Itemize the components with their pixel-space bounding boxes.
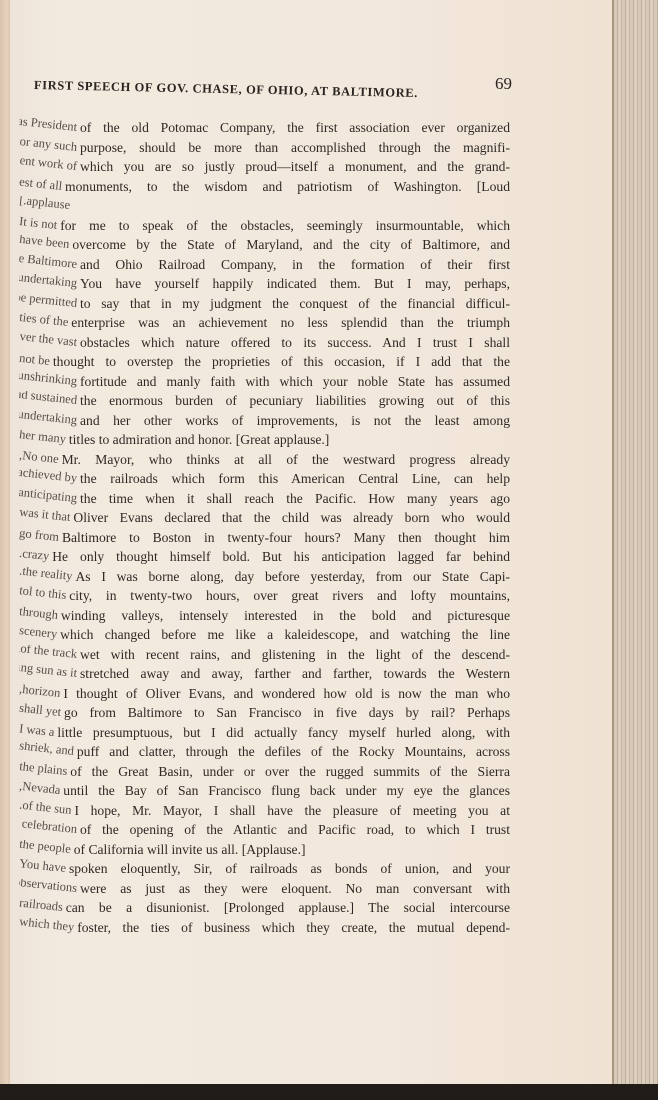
gutter-fragment: as President [18, 118, 78, 138]
line-text: You have yourself happily indicated them… [80, 276, 510, 291]
text-line: have beenovercome by the State of Maryla… [10, 235, 510, 255]
text-line: the plainsof the Great Basin, under or o… [10, 762, 510, 782]
line-text: winding valleys, intensely interested in… [61, 608, 510, 623]
line-text: purpose, should be more than accomplishe… [80, 140, 510, 155]
line-text: go from Baltimore to San Francisco in fi… [64, 705, 510, 720]
text-line: crazy.He only thought himself bold. But … [10, 547, 510, 567]
gutter-fragment: and sustained [18, 391, 78, 411]
text-line: shriek, andpuff and clatter, through the… [10, 742, 510, 762]
text-line: great undertakingand her other works of … [10, 411, 510, 431]
gutter-fragment: through [18, 606, 59, 626]
gutter-fragment: her many [18, 430, 67, 450]
text-line: was it thatOliver Evans declared that th… [10, 508, 510, 528]
line-text: titles to admiration and honor. [Great a… [69, 432, 329, 447]
text-line: the reality.As I was borne along, day be… [10, 567, 510, 587]
gutter-fragment: Nevada, [18, 781, 61, 801]
line-text: stretched away and away, farther and far… [80, 666, 510, 681]
gutter-fragment: horizon, [18, 684, 61, 704]
line-text: to say that in my judgment the conquest … [80, 296, 510, 311]
text-line: achieved bythe railroads which form this… [10, 469, 510, 489]
text-line: horizon,I thought of Oliver Evans, and w… [10, 684, 510, 704]
gutter-fragment: No one, [18, 450, 59, 470]
gutter-fragment: unshrinking [18, 372, 78, 392]
text-line: unshrinkingfortitude and manly faith wit… [10, 372, 510, 392]
gutter-fragment: be permitted [18, 294, 78, 314]
gutter-fragment: have been [18, 235, 70, 255]
line-text: until the Bay of San Francisco flung bac… [63, 783, 510, 798]
gutter-fragment: shall yet [18, 703, 62, 723]
gutter-fragment: I was a [18, 723, 55, 743]
text-line: Nevada,until the Bay of San Francisco fl… [10, 781, 510, 801]
line-text: the railroads which form this American C… [80, 471, 510, 486]
line-text: I hope, Mr. Mayor, I shall have the plea… [74, 803, 510, 818]
line-text: He only thought himself bold. But his an… [52, 549, 510, 564]
text-line: anticipatingthe time when it shall reach… [10, 489, 510, 509]
gutter-fragment: the Baltimore [18, 255, 78, 275]
line-text: obstacles which nature offered to its su… [80, 335, 510, 350]
gutter-fragment: tol to this [18, 586, 67, 606]
text-line: throughwinding valleys, intensely intere… [10, 606, 510, 626]
text-line: I was alittle presumptuous, but I did ac… [10, 723, 510, 743]
text-line: her manytitles to admiration and honor. … [10, 430, 510, 450]
gutter-fragment: undertaking. [18, 274, 78, 294]
gutter-fragment: great undertaking [18, 411, 78, 431]
line-text: I thought of Oliver Evans, and wondered … [63, 686, 510, 701]
line-text: Mr. Mayor, who thinks at all of the west… [62, 452, 510, 467]
text-line: ties of theenterprise was an achievement… [10, 313, 510, 333]
line-text: for me to speak of the obstacles, seemin… [60, 218, 510, 233]
text-line: cent work ofwhich you are so justly prou… [10, 157, 510, 177]
line-text: and her other works of improvements, is … [80, 413, 510, 428]
line-text: foster, the ties of business which they … [77, 920, 510, 935]
text-line: shall yetgo from Baltimore to San Franci… [10, 703, 510, 723]
gutter-fragment: observations [18, 879, 78, 899]
text-line: est of allmonuments, to the wisdom and p… [10, 177, 510, 197]
text-line: go fromBaltimore to Boston in twenty-fou… [10, 528, 510, 548]
line-text: of the Great Basin, under or over the ru… [70, 764, 510, 779]
gutter-fragment: est of all [18, 177, 63, 197]
line-text: monuments, to the wisdom and patriotism … [65, 179, 510, 194]
line-text: which changed before me like a kaleidesc… [60, 627, 510, 642]
body-text: as Presidentof the old Potomac Company, … [10, 118, 510, 937]
text-line: of the sun.I hope, Mr. Mayor, I shall ha… [10, 801, 510, 821]
text-line: railroadscan be a disunionist. [Prolonge… [10, 898, 510, 918]
line-text: little presumptuous, but I did actually … [57, 725, 510, 740]
gutter-fragment: the plains [18, 762, 68, 782]
line-text: were as just as they were eloquent. No m… [80, 881, 510, 896]
text-line: not bethought to overstep the proprietie… [10, 352, 510, 372]
text-line: You havespoken eloquently, Sir, of railr… [10, 859, 510, 879]
line-text: of California will invite us all. [Appla… [74, 842, 306, 857]
gutter-fragment: railroads [18, 898, 64, 918]
gutter-fragment: cent work of [18, 157, 78, 177]
page-number: 69 [495, 74, 512, 94]
text-line: the Baltimoreand Ohio Railroad Company, … [10, 255, 510, 275]
text-line: of the track,wet with recent rains, and … [10, 645, 510, 665]
gutter-fragment: applause.] [18, 196, 71, 216]
text-line: over the vastobstacles which nature offe… [10, 333, 510, 353]
text-line: tol to thiscity, in twenty-two hours, ov… [10, 586, 510, 606]
gutter-fragment: of the track, [18, 645, 78, 665]
text-line: be permittedto say that in my judgment t… [10, 294, 510, 314]
gutter-fragment: not be [18, 352, 51, 372]
text-line: the peopleof California will invite us a… [10, 840, 510, 860]
line-text: of the opening of the Atlantic and Pacif… [80, 822, 510, 837]
gutter-fragment: It is not [18, 216, 58, 236]
text-line: and sustainedthe enormous burden of pecu… [10, 391, 510, 411]
line-text: city, in twenty-two hours, over great ri… [69, 588, 510, 603]
gutter-fragment: the people [18, 840, 71, 860]
gutter-fragment: was it that [18, 508, 71, 528]
gutter-fragment: You have [18, 859, 67, 879]
line-text: and Ohio Railroad Company, in the format… [80, 257, 510, 272]
text-line: applause.] [10, 196, 510, 216]
line-text: As I was borne along, day before yesterd… [75, 569, 510, 584]
text-line: the celebrationof the opening of the Atl… [10, 820, 510, 840]
gutter-fragment: shriek, and [18, 742, 75, 762]
line-text: can be a disunionist. [Prolonged applaus… [66, 900, 510, 915]
line-text: Baltimore to Boston in twenty-four hours… [62, 530, 510, 545]
line-text: thought to overstep the proprieties of t… [53, 354, 510, 369]
line-text: puff and clatter, through the defiles of… [77, 744, 510, 759]
line-text: Oliver Evans declared that the child was… [73, 510, 510, 525]
gutter-fragment: ties of the [18, 313, 69, 333]
text-line: as Presidentof the old Potomac Company, … [10, 118, 510, 138]
page-edges-stack [612, 0, 658, 1090]
gutter-fragment: anticipating [18, 489, 78, 509]
gutter-fragment: ing sun as it [18, 664, 78, 684]
gutter-fragment: the reality. [18, 567, 73, 587]
running-title: First Speech of Gov. Chase, of Ohio, at … [34, 78, 418, 101]
gutter-fragment: crazy. [18, 547, 50, 567]
line-text: fortitude and manly faith with which you… [80, 374, 510, 389]
line-text: which you are so justly proud—itself a m… [80, 159, 510, 174]
line-text: spoken eloquently, Sir, of railroads as … [69, 861, 510, 876]
gutter-fragment: the celebration [18, 820, 78, 840]
gutter-fragment: of the sun. [18, 801, 72, 821]
book-page: First Speech of Gov. Chase, of Ohio, at … [10, 0, 614, 1096]
gutter-fragment: for any such [18, 138, 78, 158]
line-text: wet with recent rains, and glistening in… [80, 647, 510, 662]
text-line: It is notfor me to speak of the obstacle… [10, 216, 510, 236]
gutter-fragment: scenery [18, 625, 58, 645]
text-line: for any suchpurpose, should be more than… [10, 138, 510, 158]
text-line: scenerywhich changed before me like a ka… [10, 625, 510, 645]
gutter-fragment: go from [18, 528, 60, 548]
text-line: No one,Mr. Mayor, who thinks at all of t… [10, 450, 510, 470]
page-header: First Speech of Gov. Chase, of Ohio, at … [34, 74, 514, 94]
line-text: the time when it shall reach the Pacific… [80, 491, 510, 506]
background-shadow [0, 1084, 658, 1100]
text-line: ing sun as itstretched away and away, fa… [10, 664, 510, 684]
gutter-fragment: over the vast [18, 333, 78, 353]
line-text: enterprise was an achievement no less sp… [71, 315, 510, 330]
line-text: overcome by the State of Maryland, and t… [72, 237, 510, 252]
text-line: which theyfoster, the ties of business w… [10, 918, 510, 938]
text-line: observationswere as just as they were el… [10, 879, 510, 899]
text-line: undertaking.You have yourself happily in… [10, 274, 510, 294]
gutter-fragment: achieved by [18, 469, 78, 489]
line-text: of the old Potomac Company, the first as… [80, 120, 510, 135]
gutter-fragment: which they [18, 918, 75, 938]
line-text: the enormous burden of pecuniary liabili… [80, 393, 510, 408]
